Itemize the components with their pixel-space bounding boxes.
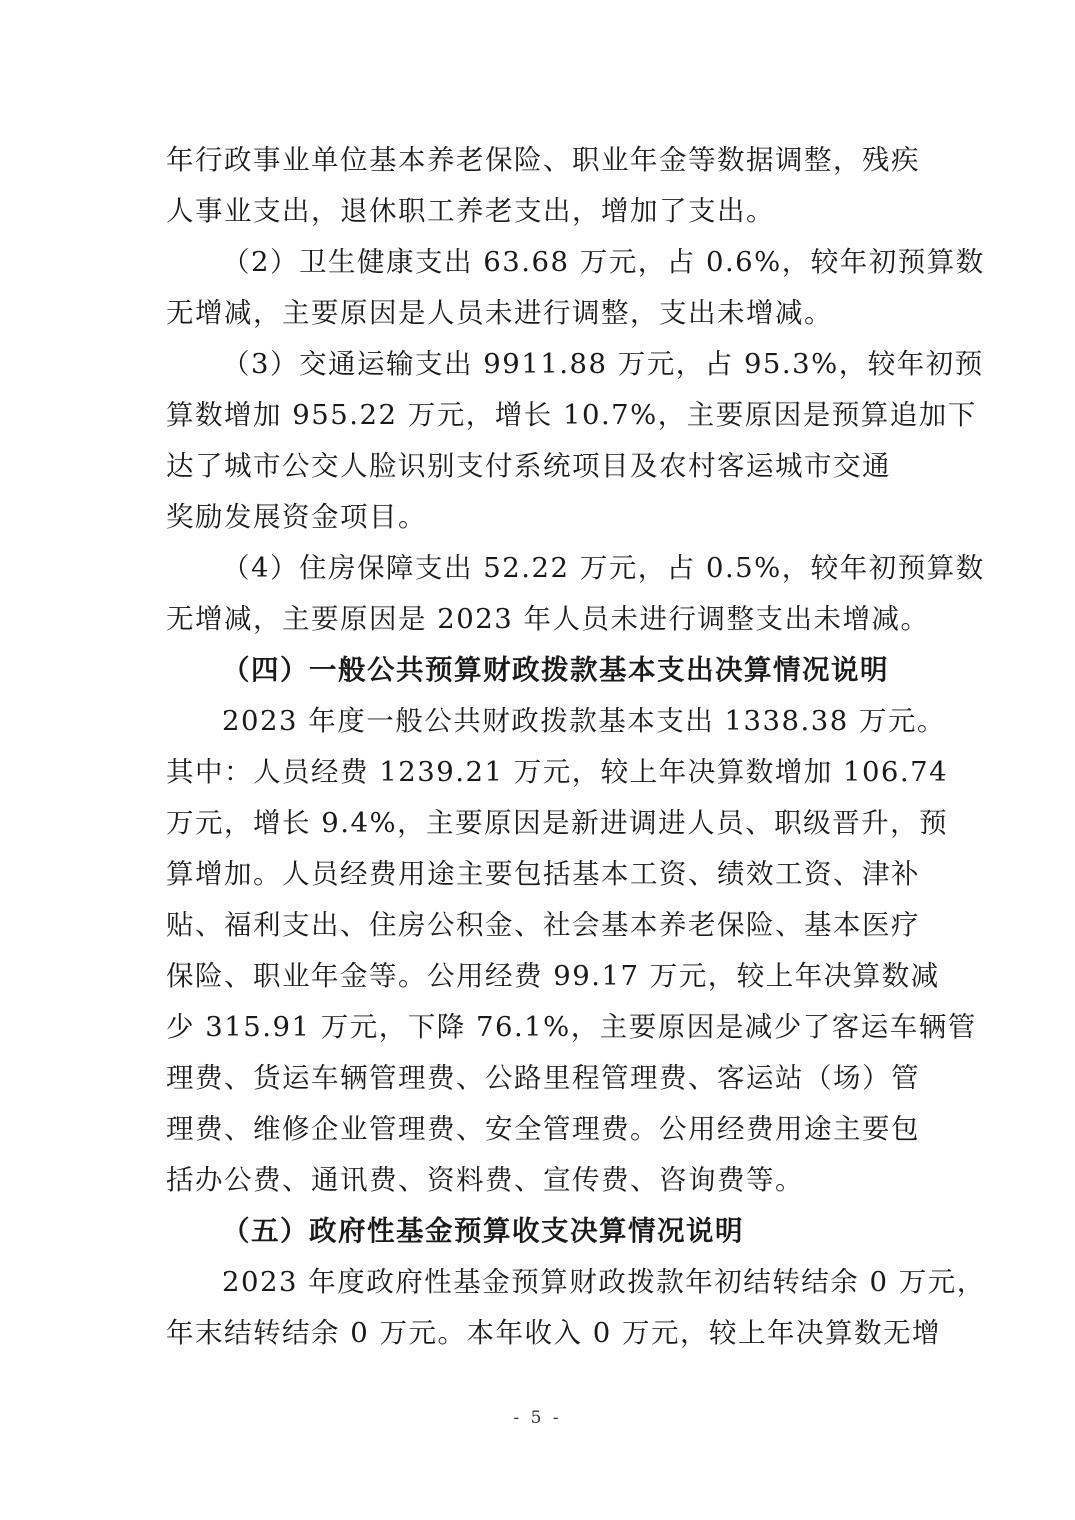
paragraph-line: 括办公费、通讯费、资料费、宣传费、咨询费等。 [166, 1160, 916, 1200]
paragraph-line: 无增减，主要原因是人员未进行调整，支出未增减。 [166, 293, 916, 333]
paragraph-line: 其中：人员经费 1239.21 万元，较上年决算数增加 106.74 [166, 752, 916, 792]
paragraph-line: （3）交通运输支出 9911.88 万元，占 95.3%，较年初预 [222, 344, 972, 384]
paragraph-line: 万元，增长 9.4%，主要原因是新进调进人员、职级晋升，预 [166, 803, 916, 843]
paragraph-line: 保险、职业年金等。公用经费 99.17 万元，较上年决算数减 [166, 956, 916, 996]
paragraph-line: 2023 年度政府性基金预算财政拨款年初结转结余 0 万元， [222, 1262, 972, 1302]
paragraph-line: 理费、货运车辆管理费、公路里程管理费、客运站（场）管 [166, 1058, 916, 1098]
document-page: 年行政事业单位基本养老保险、职业年金等数据调整，残疾人事业支出，退休职工养老支出… [0, 0, 1075, 1520]
paragraph-line: 算数增加 955.22 万元，增长 10.7%，主要原因是预算追加下 [166, 395, 916, 435]
paragraph-line: 人事业支出，退休职工养老支出，增加了支出。 [166, 191, 916, 231]
paragraph-line: 年末结转结余 0 万元。本年收入 0 万元，较上年决算数无增 [166, 1313, 916, 1353]
paragraph-line: 算增加。人员经费用途主要包括基本工资、绩效工资、津补 [166, 854, 916, 894]
paragraph-line: 年行政事业单位基本养老保险、职业年金等数据调整，残疾 [166, 140, 916, 180]
paragraph-line: 贴、福利支出、住房公积金、社会基本养老保险、基本医疗 [166, 905, 916, 945]
section-heading: （五）政府性基金预算收支决算情况说明 [222, 1211, 972, 1251]
paragraph-line: （4）住房保障支出 52.22 万元，占 0.5%，较年初预算数 [222, 548, 972, 588]
paragraph-line: 无增减，主要原因是 2023 年人员未进行调整支出未增减。 [166, 599, 916, 639]
section-heading: （四）一般公共预算财政拨款基本支出决算情况说明 [222, 650, 972, 690]
paragraph-line: 少 315.91 万元，下降 76.1%，主要原因是减少了客运车辆管 [166, 1007, 916, 1047]
paragraph-line: （2）卫生健康支出 63.68 万元，占 0.6%，较年初预算数 [222, 242, 972, 282]
paragraph-line: 奖励发展资金项目。 [166, 497, 916, 537]
paragraph-line: 达了城市公交人脸识别支付系统项目及农村客运城市交通 [166, 446, 916, 486]
paragraph-line: 2023 年度一般公共财政拨款基本支出 1338.38 万元。 [222, 701, 972, 741]
page-number: - 5 - [0, 1408, 1075, 1428]
paragraph-line: 理费、维修企业管理费、安全管理费。公用经费用途主要包 [166, 1109, 916, 1149]
